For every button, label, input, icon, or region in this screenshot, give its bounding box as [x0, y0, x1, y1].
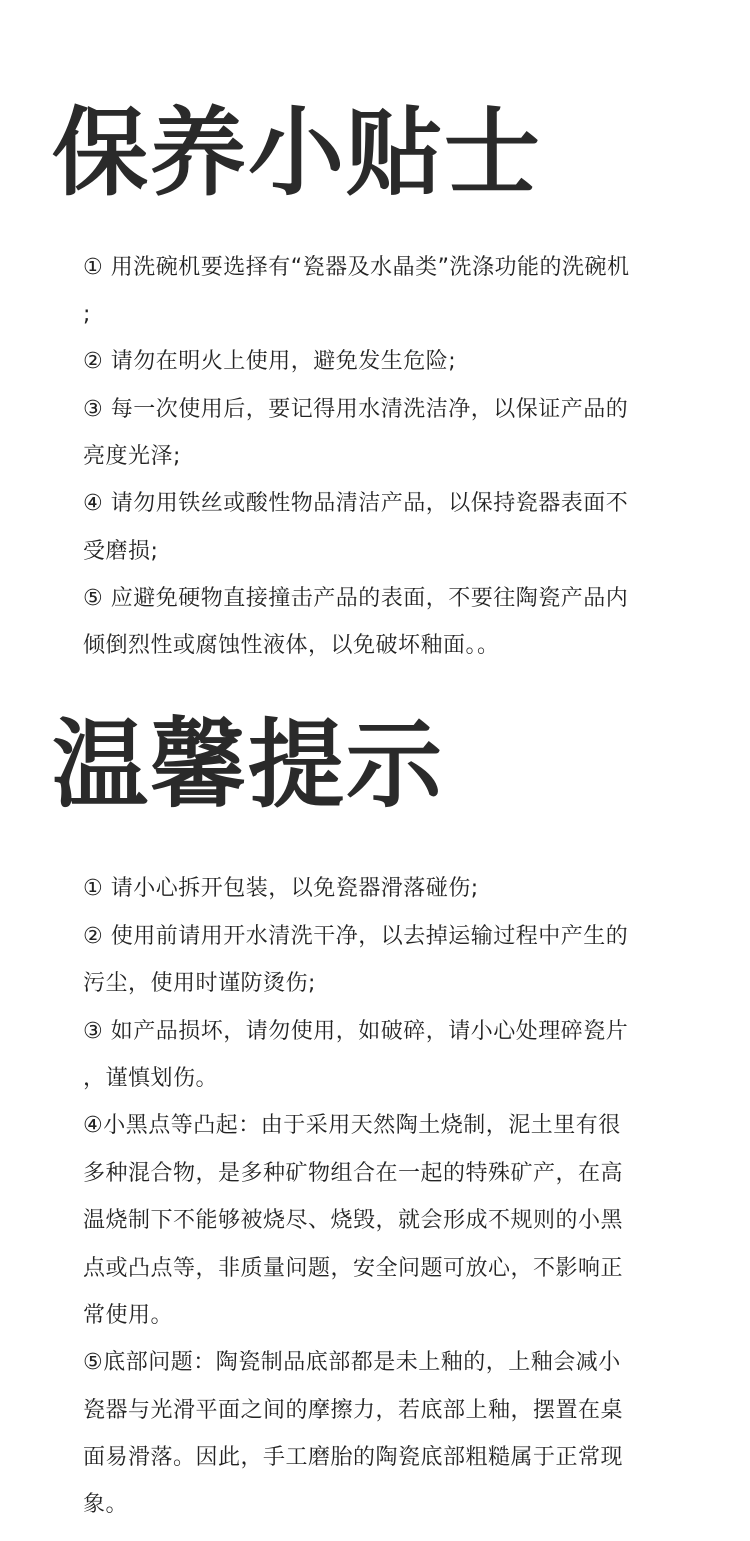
- care-tip-line: 倾倒烈性或腐蚀性液体，以免破坏釉面。。: [83, 631, 500, 661]
- care-tip-line: ④ 请勿用铁丝或酸性物品清洁产品，以保持瓷器表面不: [83, 489, 628, 519]
- reminder-line: 温烧制下不能够被烧尽、烧毁，就会形成不规则的小黑: [83, 1206, 623, 1236]
- care-tip-line: 亮度光泽;: [83, 442, 181, 472]
- care-tip-line: ② 请勿在明火上使用，避免发生危险;: [83, 347, 456, 377]
- reminder-line: ④小黑点等凸起：由于采用天然陶土烧制，泥土里有很: [83, 1111, 621, 1141]
- reminder-line: 常使用。: [83, 1301, 173, 1331]
- reminder-line: ⑤底部问题：陶瓷制品底部都是未上釉的，上釉会减小: [83, 1348, 621, 1378]
- care-tip-line: ;: [83, 300, 91, 330]
- care-tip-line: 受磨损;: [83, 537, 158, 567]
- reminder-line: 象。: [83, 1490, 128, 1520]
- care-tip-line: ③ 每一次使用后，要记得用水清洗洁净，以保证产品的: [83, 395, 628, 425]
- reminder-title: 温馨提示: [52, 710, 444, 820]
- care-tip-line: ① 用洗碗机要选择有“瓷器及水晶类”洗涤功能的洗碗机: [83, 253, 630, 283]
- reminder-line: 点或凸点等，非质量问题，安全问题可放心，不影响正: [83, 1254, 623, 1284]
- reminder-line: ③ 如产品损坏，请勿使用，如破碎，请小心处理碎瓷片: [83, 1017, 628, 1047]
- reminder-line: 瓷器与光滑平面之间的摩擦力，若底部上釉，摆置在桌: [83, 1396, 623, 1426]
- reminder-line: ② 使用前请用开水清洗干净，以去掉运输过程中产生的: [83, 922, 628, 952]
- care-tip-line: ⑤ 应避免硬物直接撞击产品的表面，不要往陶瓷产品内: [83, 584, 628, 614]
- reminder-line: ① 请小心拆开包装，以免瓷器滑落碰伤;: [83, 874, 479, 904]
- care-tips-title: 保养小贴士: [52, 98, 542, 208]
- reminder-line: 污尘，使用时谨防烫伤;: [83, 969, 316, 999]
- reminder-line: 面易滑落。因此，手工磨胎的陶瓷底部粗糙属于正常现: [83, 1443, 623, 1473]
- reminder-line: ，谨慎划伤。: [83, 1064, 218, 1094]
- reminder-line: 多种混合物，是多种矿物组合在一起的特殊矿产，在高: [83, 1159, 623, 1189]
